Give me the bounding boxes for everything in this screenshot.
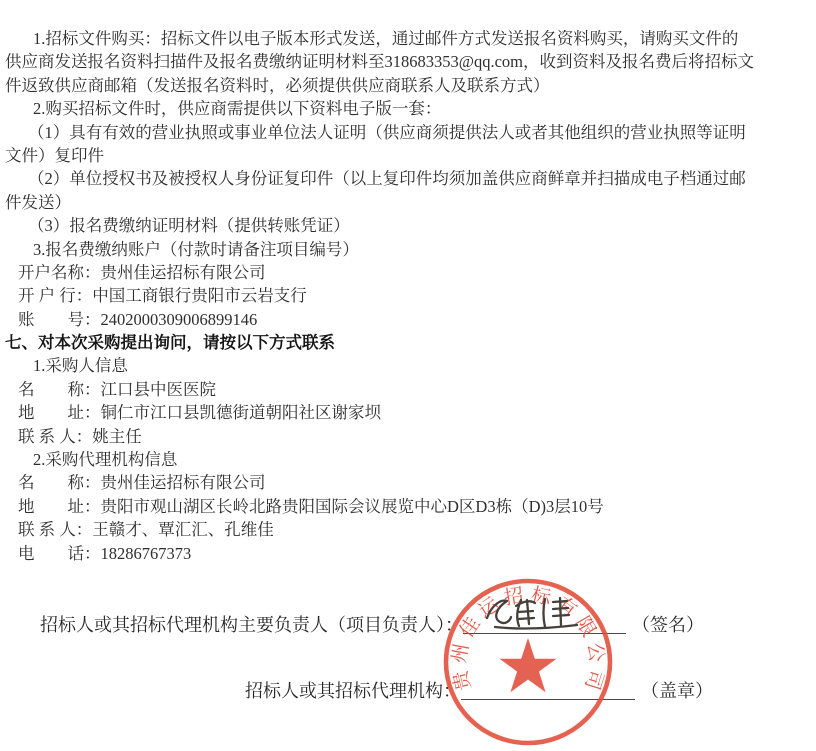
document-line: 1.招标文件购买：招标文件以电子版本形式发送，通过邮件方式发送报名资料购买，请购… [5, 27, 812, 50]
document-line: 地 址：贵阳市观山湖区长岭北路贵阳国际会议展览中心D区D3栋（D)3层10号 [5, 495, 812, 518]
document-line: 联 系 人：王赣才、覃汇汇、孔维佳 [5, 518, 812, 541]
responsible-signature-suffix: （签名） [632, 615, 704, 635]
document-line: 1.采购人信息 [5, 354, 812, 377]
document-line: 七、对本次采购提出询问，请按以下方式联系 [5, 331, 812, 354]
document-line: 供应商发送报名资料扫描件及报名费缴纳证明材料至318683353@qq.com，… [5, 50, 812, 73]
document-page: { "page": { "background": "#ffffff", "te… [0, 0, 816, 751]
document-line: 件返致供应商邮箱（发送报名资料时，必须提供供应商联系人及联系方式） [5, 74, 812, 97]
document-line: 名 称：江口县中医医院 [5, 378, 812, 401]
document-line: 2.采购代理机构信息 [5, 448, 812, 471]
agency-seal-suffix: （盖章） [641, 681, 713, 701]
document-line: （2）单位授权书及被授权人身份证复印件（以上复印件均须加盖供应商鲜章并扫描成电子… [5, 167, 812, 190]
document-line: 账 号：2402000309006899146 [5, 308, 812, 331]
responsible-signature-label: 招标人或其招标代理机构主要负责人（项目负责人）： [40, 615, 463, 635]
document-line: 3.报名费缴纳账户（付款时请备注项目编号） [5, 238, 812, 261]
document-line: 开 户 行：中国工商银行贵阳市云岩支行 [5, 284, 812, 307]
star-icon [500, 638, 557, 692]
document-text-block: 1.招标文件购买：招标文件以电子版本形式发送，通过邮件方式发送报名资料购买，请购… [5, 27, 812, 565]
document-line: 联 系 人：姚主任 [5, 425, 812, 448]
document-line: 名 称：贵州佳运招标有限公司 [5, 471, 812, 494]
handwritten-signature [481, 591, 599, 637]
document-line: 文件）复印件 [5, 144, 812, 167]
document-line: 开户名称：贵州佳运招标有限公司 [5, 261, 812, 284]
document-line: （3）报名费缴纳证明材料（提供转账凭证） [5, 214, 812, 237]
agency-seal-label: 招标人或其招标代理机构： [245, 681, 461, 701]
document-line: 地 址：铜仁市江口县凯德街道朝阳社区谢家坝 [5, 401, 812, 424]
document-line: 2.购买招标文件时，供应商需提供以下资料电子版一套： [5, 97, 812, 120]
document-line: 件发送） [5, 191, 812, 214]
document-line: 电 话：18286767373 [5, 542, 812, 565]
document-line: （1）具有有效的营业执照或事业单位法人证明（供应商须提供法人或者其他组织的营业执… [5, 121, 812, 144]
